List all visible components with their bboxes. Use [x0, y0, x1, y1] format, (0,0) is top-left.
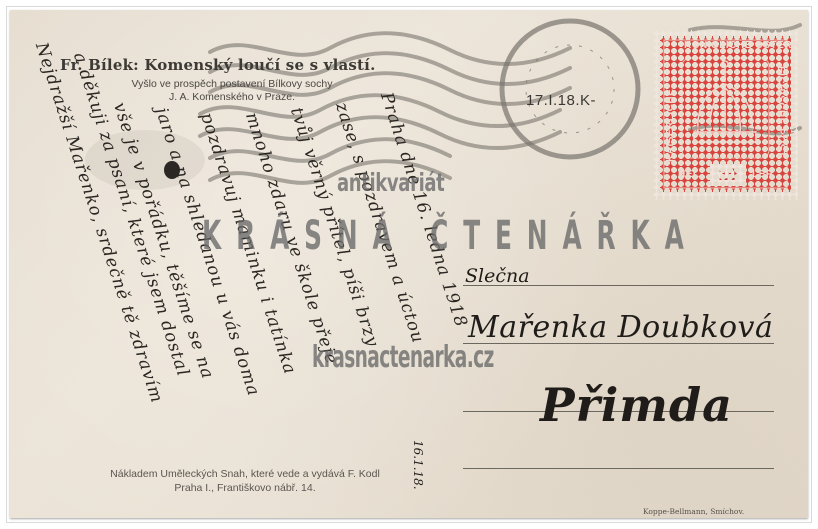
- address-recipient: Mařenka Doubková: [468, 310, 773, 345]
- stamp-right-text: EICHISCHE POST: [775, 66, 786, 157]
- publisher-line: Praha I., Františkovo nábř. 14.: [50, 481, 440, 495]
- address-line: [463, 343, 774, 344]
- postmark-date: 17.I.18.K-: [526, 92, 596, 109]
- stamp-currency-left: HEL: [678, 169, 700, 180]
- subtitle-line: Vyšlo ve prospěch postavení Bílkovy soch…: [72, 78, 392, 91]
- card-subtitle: Vyšlo ve prospěch postavení Bílkovy soch…: [72, 78, 392, 104]
- address-salutation: Slečna: [465, 265, 530, 287]
- address-line: [463, 468, 774, 469]
- watermark-line: KRÁSNÁ ČTENÁŘKA: [202, 213, 699, 259]
- publisher-imprint: Nákladem Uměleckých Snah, které vede a v…: [50, 467, 440, 495]
- stamp-left-text: KAISERLICHE: [665, 89, 676, 162]
- watermark-line: antikvariát: [337, 168, 444, 197]
- stamp-top-text: KÖNIGLICHE ÖSTERR: [684, 40, 800, 51]
- address-city: Přimda: [540, 378, 733, 432]
- printer-credit: Koppe-Bellmann, Smíchov.: [643, 507, 744, 516]
- stamp-currency-right: LER: [752, 169, 774, 180]
- stamp-denomination: 10: [710, 164, 746, 186]
- postage-stamp: KÖNIGLICHE ÖSTERR KAISERLICHE EICHISCHE …: [653, 30, 798, 200]
- postcard: Fr. Bílek: Komenský loučí se s vlastí. V…: [10, 10, 808, 518]
- address-line: [463, 285, 774, 286]
- publisher-line: Nákladem Uměleckých Snah, které vede a v…: [50, 467, 440, 481]
- card-title: Fr. Bílek: Komenský loučí se s vlastí.: [60, 56, 376, 74]
- watermark-url: krasnactenarka.cz: [312, 340, 494, 375]
